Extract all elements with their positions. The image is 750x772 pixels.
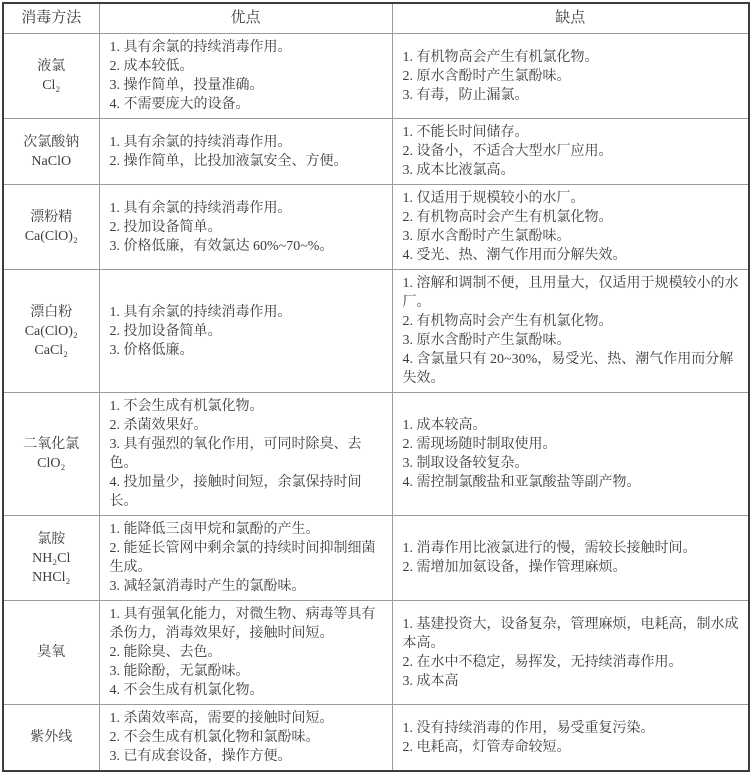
col-header-method: 消毒方法 — [3, 3, 99, 34]
advantage-item: 1. 具有余氯的持续消毒作用。 — [110, 38, 384, 57]
disadvantage-item: 2. 在水中不稳定，易挥发，无持续消毒作用。 — [403, 653, 741, 672]
advantage-item: 2. 投加设备简单。 — [110, 322, 384, 341]
disadvantage-item: 4. 受光、热、潮气作用而分解失效。 — [403, 246, 741, 265]
method-name: 二氧化氯 — [7, 435, 96, 454]
disadvantage-item: 3. 原水含酚时产生氯酚味。 — [403, 227, 741, 246]
disadvantage-item: 2. 需现场随时制取使用。 — [403, 435, 741, 454]
disadvantage-item: 2. 原水含酚时产生氯酚味。 — [403, 67, 741, 86]
disadvantage-item: 1. 仅适用于规模较小的水厂。 — [403, 189, 741, 208]
method-cell: 紫外线 — [3, 705, 99, 772]
disadvantage-item: 3. 成本高 — [403, 672, 741, 691]
disadvantage-item: 4. 含氯量只有 20~30%，易受光、热、潮气作用而分解失效。 — [403, 350, 741, 388]
method-formula: ClO₂ — [7, 454, 96, 473]
advantage-item: 1. 杀菌效率高，需要的接触时间短。 — [110, 709, 384, 728]
disadvantage-item: 1. 溶解和调制不便，且用量大，仅适用于规模较小的水厂。 — [403, 274, 741, 312]
table-header: 消毒方法 优点 缺点 — [3, 3, 749, 34]
method-name: 氯胺 — [7, 530, 96, 549]
advantage-item: 3. 减轻氯消毒时产生的氯酚味。 — [110, 577, 384, 596]
document-page: 消毒方法 优点 缺点 液氯Cl₂1. 具有余氯的持续消毒作用。2. 成本较低。3… — [0, 0, 750, 722]
method-formula: NH₂Cl — [7, 549, 96, 568]
disadvantage-item: 2. 有机物高时会产生有机氯化物。 — [403, 208, 741, 227]
advantage-item: 3. 价格低廉。 — [110, 341, 384, 360]
table-body: 液氯Cl₂1. 具有余氯的持续消毒作用。2. 成本较低。3. 操作简单，投量准确… — [3, 34, 749, 772]
advantage-item: 4. 投加量少，接触时间短，余氯保持时间长。 — [110, 473, 384, 511]
table-row: 紫外线1. 杀菌效率高，需要的接触时间短。2. 不会生成有机氯化物和氯酚味。3.… — [3, 705, 749, 772]
table-row: 氯胺NH₂ClNHCl₂1. 能降低三卤甲烷和氯酚的产生。2. 能延长管网中剩余… — [3, 516, 749, 601]
table-row: 液氯Cl₂1. 具有余氯的持续消毒作用。2. 成本较低。3. 操作简单，投量准确… — [3, 34, 749, 119]
advantages-cell: 1. 具有余氯的持续消毒作用。2. 投加设备简单。3. 价格低廉。 — [99, 270, 392, 393]
table-row: 漂白粉Ca(ClO)₂CaCl₂1. 具有余氯的持续消毒作用。2. 投加设备简单… — [3, 270, 749, 393]
disadvantage-item: 2. 有机物高时会产生有机氯化物。 — [403, 312, 741, 331]
disadvantages-cell: 1. 溶解和调制不便，且用量大，仅适用于规模较小的水厂。2. 有机物高时会产生有… — [392, 270, 749, 393]
disadvantage-item: 1. 基建投资大，设备复杂，管理麻烦，电耗高，制水成本高。 — [403, 615, 741, 653]
method-cell: 次氯酸钠NaClO — [3, 119, 99, 185]
advantage-item: 3. 具有强烈的氧化作用，可同时除臭、去色。 — [110, 435, 384, 473]
method-name: 臭氧 — [7, 643, 96, 662]
advantages-cell: 1. 具有余氯的持续消毒作用。2. 成本较低。3. 操作简单，投量准确。4. 不… — [99, 34, 392, 119]
advantage-item: 1. 具有余氯的持续消毒作用。 — [110, 133, 384, 152]
disadvantage-item: 3. 有毒，防止漏氯。 — [403, 86, 741, 105]
advantage-item: 3. 能除酚，无氯酚味。 — [110, 662, 384, 681]
header-row: 消毒方法 优点 缺点 — [3, 3, 749, 34]
disadvantages-cell: 1. 消毒作用比液氯进行的慢，需较长接触时间。2. 需增加加氨设备，操作管理麻烦… — [392, 516, 749, 601]
method-cell: 漂白粉Ca(ClO)₂CaCl₂ — [3, 270, 99, 393]
method-cell: 二氧化氯ClO₂ — [3, 393, 99, 516]
method-cell: 漂粉精Ca(ClO)₂ — [3, 185, 99, 270]
disadvantages-cell: 1. 有机物高会产生有机氯化物。2. 原水含酚时产生氯酚味。3. 有毒，防止漏氯… — [392, 34, 749, 119]
col-header-advantages: 优点 — [99, 3, 392, 34]
disadvantage-item: 3. 制取设备较复杂。 — [403, 454, 741, 473]
table-row: 次氯酸钠NaClO1. 具有余氯的持续消毒作用。2. 操作简单，比投加液氯安全、… — [3, 119, 749, 185]
advantage-item: 1. 具有强氧化能力，对微生物、病毒等具有杀伤力，消毒效果好，接触时间短。 — [110, 605, 384, 643]
advantage-item: 1. 具有余氯的持续消毒作用。 — [110, 199, 384, 218]
method-cell: 氯胺NH₂ClNHCl₂ — [3, 516, 99, 601]
advantages-cell: 1. 不会生成有机氯化物。2. 杀菌效果好。3. 具有强烈的氧化作用，可同时除臭… — [99, 393, 392, 516]
disinfection-methods-table: 消毒方法 优点 缺点 液氯Cl₂1. 具有余氯的持续消毒作用。2. 成本较低。3… — [2, 2, 750, 772]
advantage-item: 4. 不会生成有机氯化物。 — [110, 681, 384, 700]
method-name: 紫外线 — [7, 728, 96, 747]
method-formula: Cl₂ — [7, 76, 96, 95]
advantages-cell: 1. 能降低三卤甲烷和氯酚的产生。2. 能延长管网中剩余氯的持续时间抑制细菌生成… — [99, 516, 392, 601]
disadvantage-item: 2. 设备小，不适合大型水厂应用。 — [403, 142, 741, 161]
disadvantages-cell: 1. 基建投资大，设备复杂，管理麻烦，电耗高，制水成本高。2. 在水中不稳定，易… — [392, 601, 749, 705]
advantages-cell: 1. 具有余氯的持续消毒作用。2. 投加设备简单。3. 价格低廉，有效氯达 60… — [99, 185, 392, 270]
advantage-item: 3. 价格低廉，有效氯达 60%~70~%。 — [110, 237, 384, 256]
advantage-item: 2. 成本较低。 — [110, 57, 384, 76]
col-header-disadvantages: 缺点 — [392, 3, 749, 34]
advantages-cell: 1. 具有余氯的持续消毒作用。2. 操作简单，比投加液氯安全、方便。 — [99, 119, 392, 185]
method-name: 漂白粉 — [7, 303, 96, 322]
method-formula: Ca(ClO)₂ — [7, 322, 96, 341]
method-formula: CaCl₂ — [7, 341, 96, 360]
method-cell: 液氯Cl₂ — [3, 34, 99, 119]
method-cell: 臭氧 — [3, 601, 99, 705]
disadvantages-cell: 1. 成本较高。2. 需现场随时制取使用。3. 制取设备较复杂。4. 需控制氯酸… — [392, 393, 749, 516]
method-name: 液氯 — [7, 57, 96, 76]
disadvantage-item: 3. 原水含酚时产生氯酚味。 — [403, 331, 741, 350]
advantage-item: 2. 操作简单，比投加液氯安全、方便。 — [110, 152, 384, 171]
advantage-item: 2. 杀菌效果好。 — [110, 416, 384, 435]
advantage-item: 2. 能延长管网中剩余氯的持续时间抑制细菌生成。 — [110, 539, 384, 577]
disadvantage-item: 4. 需控制氯酸盐和亚氯酸盐等副产物。 — [403, 473, 741, 492]
advantage-item: 3. 已有成套设备，操作方便。 — [110, 747, 384, 766]
disadvantage-item: 1. 消毒作用比液氯进行的慢，需较长接触时间。 — [403, 539, 741, 558]
advantage-item: 3. 操作简单，投量准确。 — [110, 76, 384, 95]
advantages-cell: 1. 具有强氧化能力，对微生物、病毒等具有杀伤力，消毒效果好，接触时间短。2. … — [99, 601, 392, 705]
disadvantage-item: 1. 没有持续消毒的作用，易受重复污染。 — [403, 719, 741, 738]
disadvantages-cell: 1. 不能长时间储存。2. 设备小，不适合大型水厂应用。3. 成本比液氯高。 — [392, 119, 749, 185]
method-name: 漂粉精 — [7, 208, 96, 227]
disadvantage-item: 1. 成本较高。 — [403, 416, 741, 435]
advantage-item: 2. 投加设备简单。 — [110, 218, 384, 237]
table-row: 臭氧1. 具有强氧化能力，对微生物、病毒等具有杀伤力，消毒效果好，接触时间短。2… — [3, 601, 749, 705]
advantage-item: 1. 不会生成有机氯化物。 — [110, 397, 384, 416]
disadvantage-item: 3. 成本比液氯高。 — [403, 161, 741, 180]
disadvantage-item: 2. 电耗高，灯管寿命较短。 — [403, 738, 741, 757]
method-name: 次氯酸钠 — [7, 133, 96, 152]
method-formula: NaClO — [7, 152, 96, 171]
advantages-cell: 1. 杀菌效率高，需要的接触时间短。2. 不会生成有机氯化物和氯酚味。3. 已有… — [99, 705, 392, 772]
method-formula: Ca(ClO)₂ — [7, 227, 96, 246]
advantage-item: 2. 能除臭、去色。 — [110, 643, 384, 662]
advantage-item: 4. 不需要庞大的设备。 — [110, 95, 384, 114]
method-formula: NHCl₂ — [7, 568, 96, 587]
advantage-item: 1. 能降低三卤甲烷和氯酚的产生。 — [110, 520, 384, 539]
advantage-item: 1. 具有余氯的持续消毒作用。 — [110, 303, 384, 322]
disadvantages-cell: 1. 仅适用于规模较小的水厂。2. 有机物高时会产生有机氯化物。3. 原水含酚时… — [392, 185, 749, 270]
disadvantage-item: 1. 不能长时间储存。 — [403, 123, 741, 142]
table-row: 二氧化氯ClO₂1. 不会生成有机氯化物。2. 杀菌效果好。3. 具有强烈的氧化… — [3, 393, 749, 516]
table-row: 漂粉精Ca(ClO)₂1. 具有余氯的持续消毒作用。2. 投加设备简单。3. 价… — [3, 185, 749, 270]
disadvantage-item: 2. 需增加加氨设备，操作管理麻烦。 — [403, 558, 741, 577]
advantage-item: 2. 不会生成有机氯化物和氯酚味。 — [110, 728, 384, 747]
disadvantage-item: 1. 有机物高会产生有机氯化物。 — [403, 48, 741, 67]
disadvantages-cell: 1. 没有持续消毒的作用，易受重复污染。2. 电耗高，灯管寿命较短。 — [392, 705, 749, 772]
